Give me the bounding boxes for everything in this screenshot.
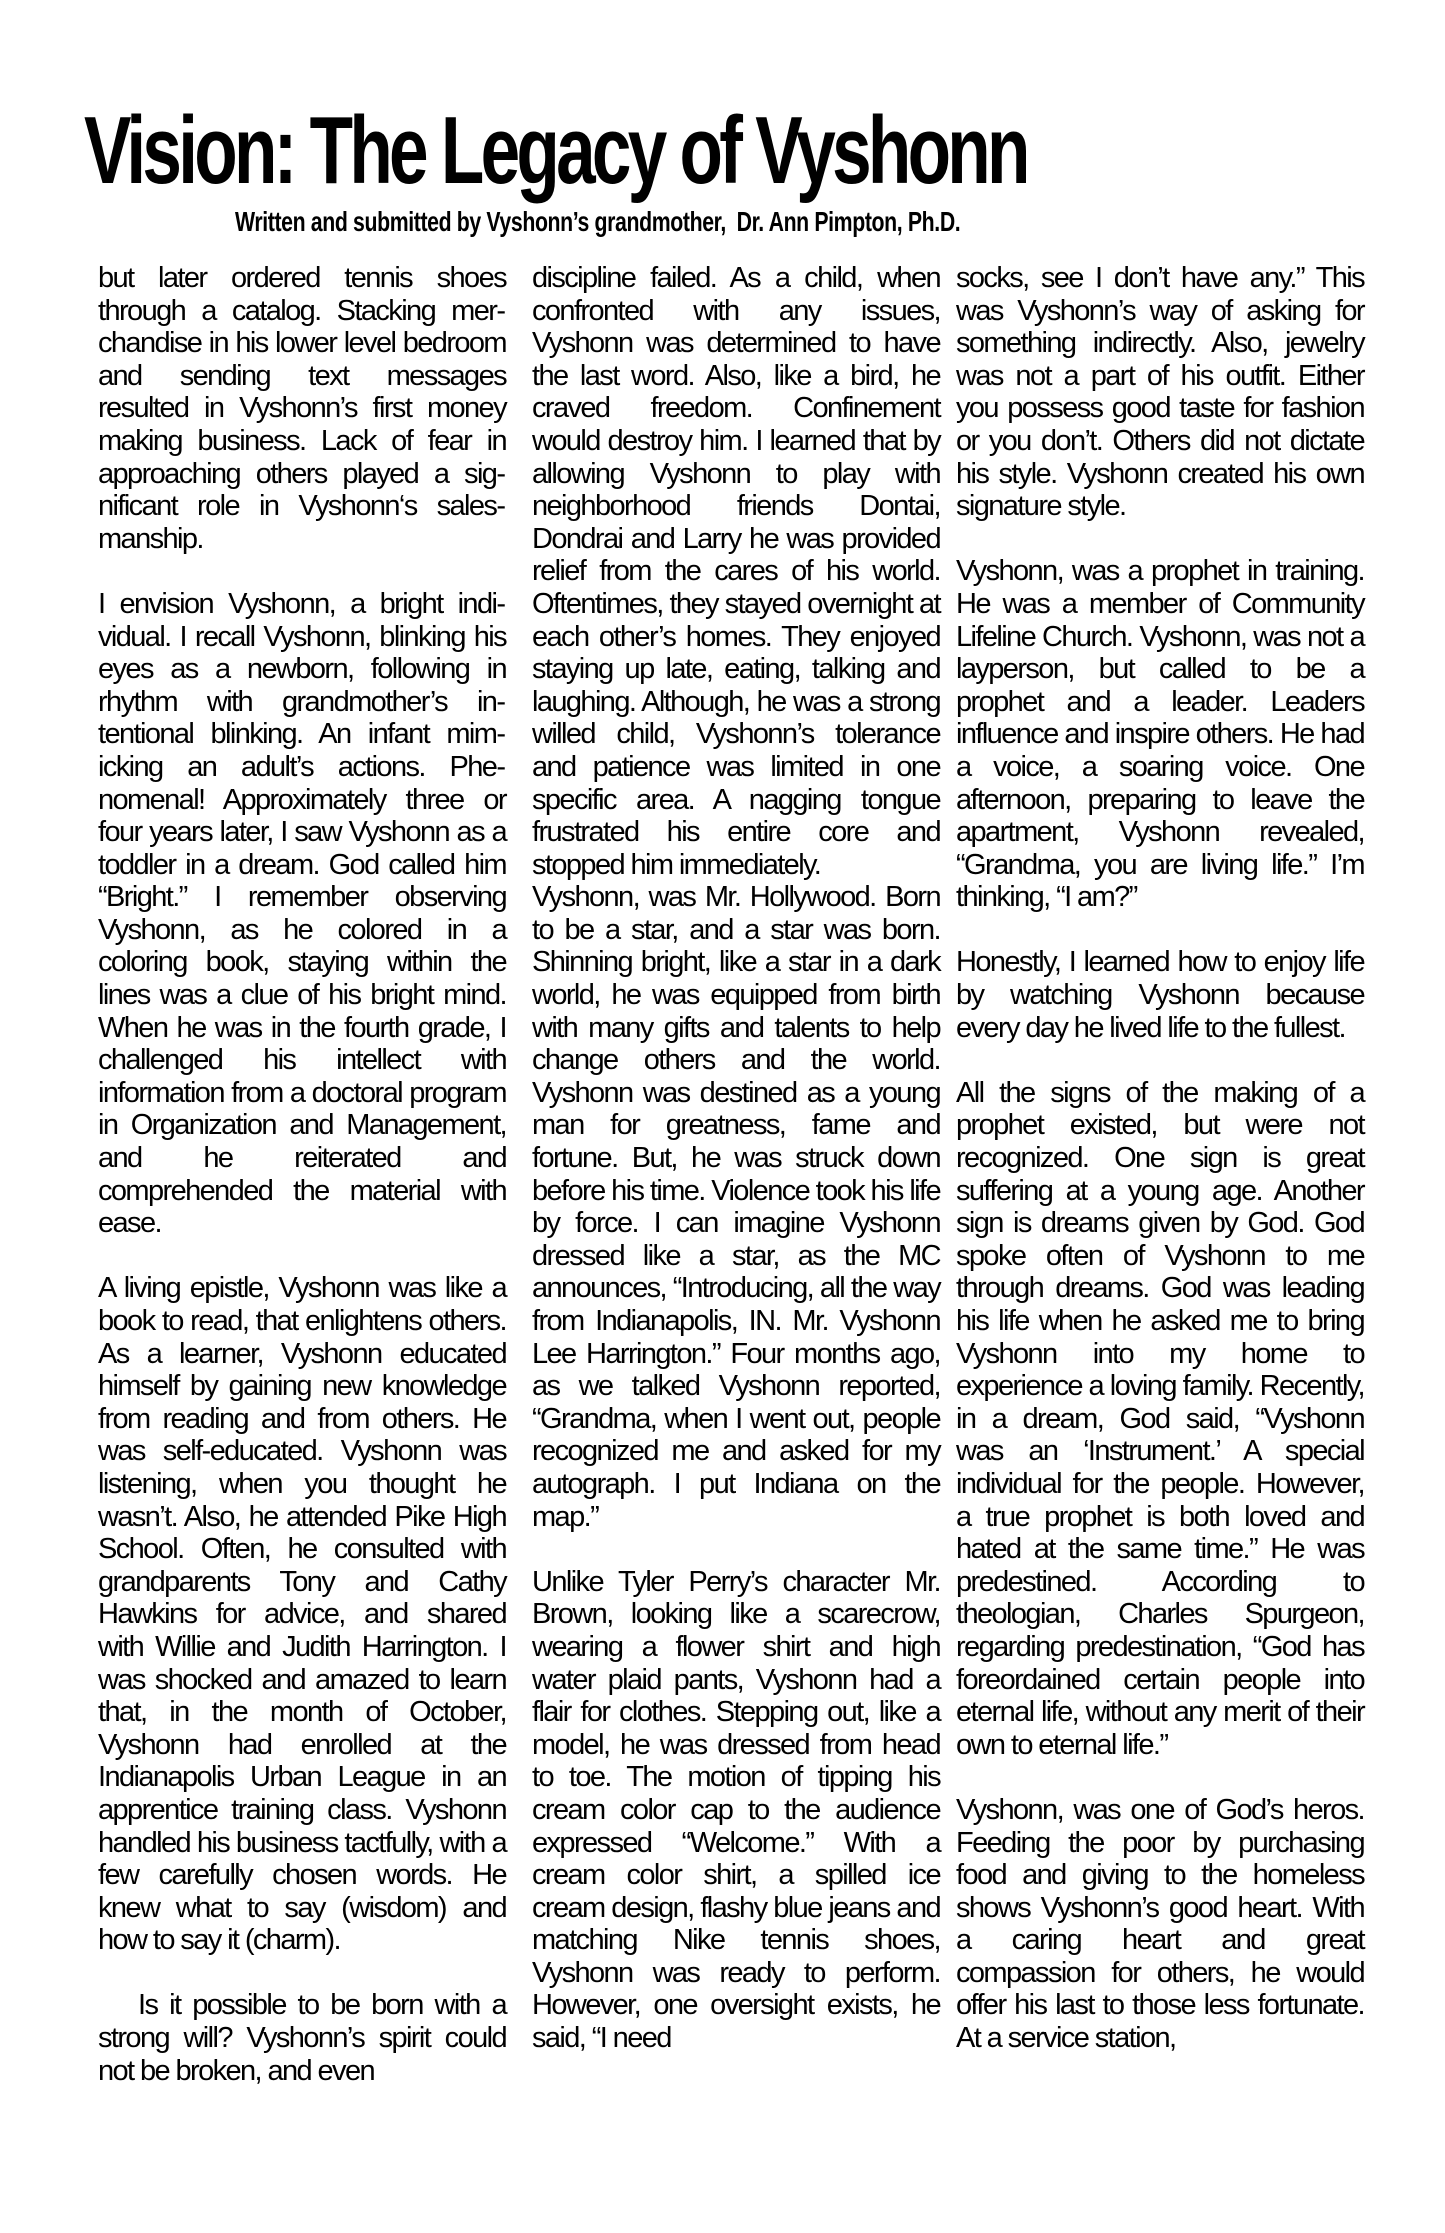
article-byline: Written and submitted by Vyshonn’s grand…: [235, 205, 960, 239]
article-column-1: but later ordered tennis shoes through a…: [98, 262, 506, 2087]
paragraph: Honestly, I learned how to enjoy life by…: [956, 946, 1364, 1044]
paragraph: All the signs of the making of a prophet…: [956, 1077, 1364, 1761]
paragraph: Vyshonn, was a prophet in train­ing. He …: [956, 555, 1364, 914]
byline-credit: Written and submitted by Vyshonn’s grand…: [235, 206, 726, 237]
article-title: Vision: The Legacy of Vyshonn: [84, 96, 1027, 206]
article-column-2: discipline failed. As a child, when conf…: [532, 262, 940, 2055]
article-column-3: socks, see I don’t have any.” This was V…: [956, 262, 1364, 2055]
paragraph: discipline failed. As a child, when conf…: [532, 262, 940, 881]
paragraph: socks, see I don’t have any.” This was V…: [956, 262, 1364, 523]
paragraph: Unlike Tyler Perry’s character Mr. Brown…: [532, 1566, 940, 2055]
paragraph: I envision Vyshonn, a bright indi­vidual…: [98, 588, 506, 1240]
paragraph: A living epistle, Vyshonn was like a boo…: [98, 1272, 506, 1956]
paragraph: Vyshonn, was one of God’s he­ros. Feedin…: [956, 1794, 1364, 2055]
paragraph: but later ordered tennis shoes through a…: [98, 262, 506, 555]
paragraph: Is it possible to be born with a strong …: [98, 1989, 506, 2087]
paragraph: Vyshonn, was Mr. Hollywood. Born to be a…: [532, 881, 940, 1533]
byline-author: Dr. Ann Pimpton, Ph.D.: [737, 206, 961, 237]
newsletter-page: Vision: The Legacy of Vyshonn Written an…: [0, 0, 1445, 2233]
